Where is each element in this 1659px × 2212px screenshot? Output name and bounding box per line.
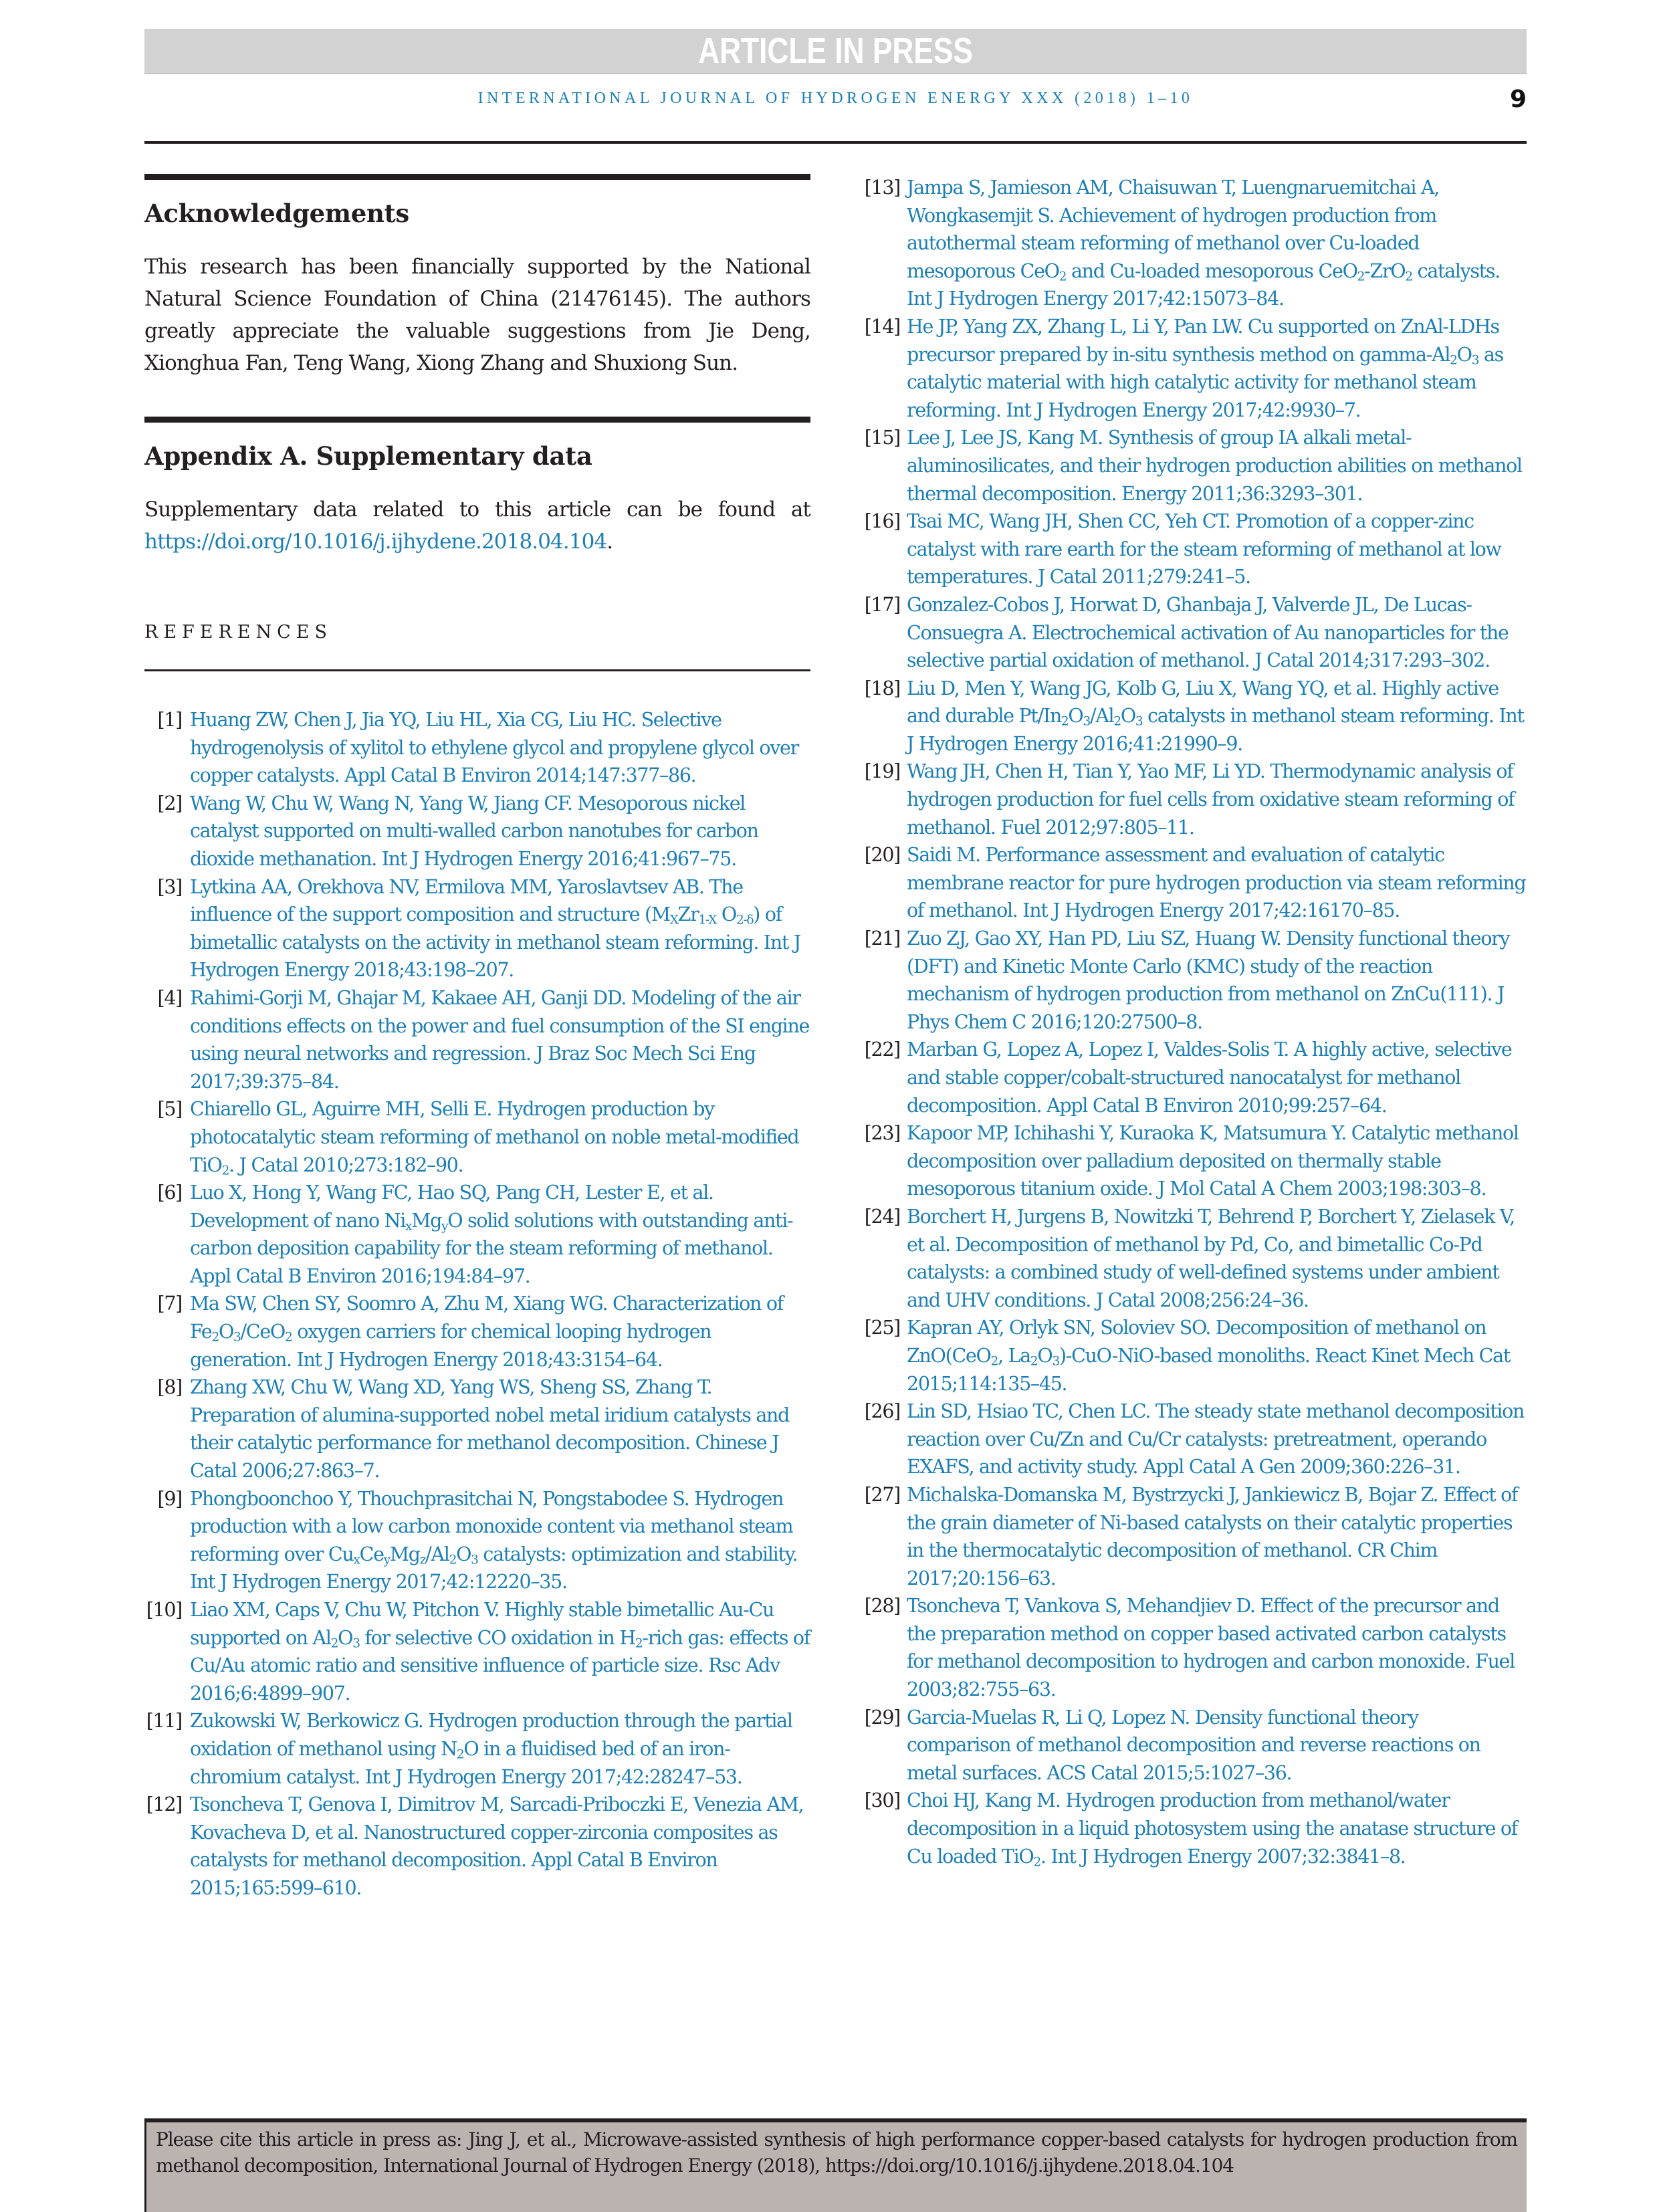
- reference-item[interactable]: [7]Ma SW, Chen SY, Soomro A, Zhu M, Xian…: [144, 1290, 810, 1373]
- reference-item[interactable]: [3]Lytkina AA, Orekhova NV, Ermilova MM,…: [144, 873, 810, 984]
- reference-number: [14]: [863, 313, 907, 424]
- reference-item[interactable]: [13]Jampa S, Jamieson AM, Chaisuwan T, L…: [863, 174, 1527, 313]
- reference-link[interactable]: Gonzalez-Cobos J, Horwat D, Ghanbaja J, …: [907, 591, 1527, 675]
- reference-number: [9]: [144, 1485, 190, 1596]
- reference-item[interactable]: [26]Lin SD, Hsiao TC, Chen LC. The stead…: [863, 1398, 1527, 1481]
- reference-link[interactable]: Wang W, Chu W, Wang N, Yang W, Jiang CF.…: [190, 790, 810, 873]
- reference-link[interactable]: Luo X, Hong Y, Wang FC, Hao SQ, Pang CH,…: [190, 1179, 810, 1290]
- reference-link[interactable]: Garcia-Muelas R, Li Q, Lopez N. Density …: [907, 1704, 1527, 1787]
- reference-link[interactable]: Tsai MC, Wang JH, Shen CC, Yeh CT. Promo…: [907, 508, 1527, 591]
- reference-item[interactable]: [22]Marban G, Lopez A, Lopez I, Valdes-S…: [863, 1036, 1527, 1119]
- reference-number: [8]: [144, 1373, 190, 1484]
- cite-notice-box: Please cite this article in press as: Ji…: [144, 2118, 1527, 2212]
- banner-label: ARTICLE IN PRESS: [698, 30, 973, 72]
- reference-item[interactable]: [2]Wang W, Chu W, Wang N, Yang W, Jiang …: [144, 790, 810, 873]
- reference-link[interactable]: Chiarello GL, Aguirre MH, Selli E. Hydro…: [190, 1095, 810, 1179]
- reference-number: [1]: [144, 706, 190, 790]
- appendix-section: Appendix A. Supplementary data Supplemen…: [144, 417, 810, 558]
- reference-item[interactable]: [4]Rahimi-Gorji M, Ghajar M, Kakaee AH, …: [144, 984, 810, 1095]
- reference-item[interactable]: [6]Luo X, Hong Y, Wang FC, Hao SQ, Pang …: [144, 1179, 810, 1290]
- reference-item[interactable]: [30]Choi HJ, Kang M. Hydrogen production…: [863, 1787, 1527, 1870]
- reference-link[interactable]: Rahimi-Gorji M, Ghajar M, Kakaee AH, Gan…: [190, 984, 810, 1095]
- reference-link[interactable]: Huang ZW, Chen J, Jia YQ, Liu HL, Xia CG…: [190, 706, 810, 790]
- appendix-body: Supplementary data related to this artic…: [144, 493, 810, 558]
- journal-title: international journal of hydrogen energy…: [144, 90, 1527, 108]
- reference-number: [11]: [144, 1707, 190, 1791]
- reference-item[interactable]: [18]Liu D, Men Y, Wang JG, Kolb G, Liu X…: [863, 675, 1527, 758]
- reference-number: [5]: [144, 1095, 190, 1179]
- section-rule: [144, 174, 810, 180]
- reference-number: [30]: [863, 1787, 907, 1870]
- reference-number: [19]: [863, 758, 907, 841]
- reference-link[interactable]: Saidi M. Performance assessment and eval…: [907, 841, 1527, 925]
- reference-item[interactable]: [12]Tsoncheva T, Genova I, Dimitrov M, S…: [144, 1791, 810, 1902]
- reference-link[interactable]: Phongboonchoo Y, Thouchprasitchai N, Pon…: [190, 1485, 810, 1596]
- acknowledgements-section: Acknowledgements This research has been …: [144, 174, 810, 379]
- reference-item[interactable]: [23]Kapoor MP, Ichihashi Y, Kuraoka K, M…: [863, 1119, 1527, 1203]
- reference-link[interactable]: Lee J, Lee JS, Kang M. Synthesis of grou…: [907, 424, 1527, 508]
- reference-link[interactable]: Kapoor MP, Ichihashi Y, Kuraoka K, Matsu…: [907, 1119, 1527, 1203]
- reference-link[interactable]: Ma SW, Chen SY, Soomro A, Zhu M, Xiang W…: [190, 1290, 810, 1373]
- reference-item[interactable]: [25]Kapran AY, Orlyk SN, Soloviev SO. De…: [863, 1314, 1527, 1398]
- acknowledgements-body: This research has been financially suppo…: [144, 251, 810, 379]
- section-rule: [144, 417, 810, 423]
- reference-item[interactable]: [17]Gonzalez-Cobos J, Horwat D, Ghanbaja…: [863, 591, 1527, 675]
- reference-link[interactable]: Zhang XW, Chu W, Wang XD, Yang WS, Sheng…: [190, 1373, 810, 1484]
- reference-number: [15]: [863, 424, 907, 508]
- reference-link[interactable]: He JP, Yang ZX, Zhang L, Li Y, Pan LW. C…: [907, 313, 1527, 424]
- reference-number: [6]: [144, 1179, 190, 1290]
- appendix-heading: Appendix A. Supplementary data: [144, 441, 810, 471]
- reference-number: [24]: [863, 1203, 907, 1314]
- reference-number: [2]: [144, 790, 190, 873]
- reference-item[interactable]: [8]Zhang XW, Chu W, Wang XD, Yang WS, Sh…: [144, 1373, 810, 1484]
- reference-item[interactable]: [9]Phongboonchoo Y, Thouchprasitchai N, …: [144, 1485, 810, 1596]
- reference-number: [18]: [863, 675, 907, 758]
- reference-number: [28]: [863, 1592, 907, 1703]
- references-rule: [144, 669, 810, 671]
- reference-item[interactable]: [21]Zuo ZJ, Gao XY, Han PD, Liu SZ, Huan…: [863, 925, 1527, 1036]
- reference-item[interactable]: [28]Tsoncheva T, Vankova S, Mehandjiev D…: [863, 1592, 1527, 1703]
- reference-item[interactable]: [29]Garcia-Muelas R, Li Q, Lopez N. Dens…: [863, 1704, 1527, 1787]
- reference-number: [21]: [863, 925, 907, 1036]
- reference-number: [16]: [863, 508, 907, 591]
- reference-item[interactable]: [15]Lee J, Lee JS, Kang M. Synthesis of …: [863, 424, 1527, 508]
- reference-link[interactable]: Zuo ZJ, Gao XY, Han PD, Liu SZ, Huang W.…: [907, 925, 1527, 1036]
- reference-link[interactable]: Wang JH, Chen H, Tian Y, Yao MF, Li YD. …: [907, 758, 1527, 841]
- reference-item[interactable]: [24]Borchert H, Jurgens B, Nowitzki T, B…: [863, 1203, 1527, 1314]
- reference-number: [20]: [863, 841, 907, 925]
- reference-list-left: [1]Huang ZW, Chen J, Jia YQ, Liu HL, Xia…: [144, 706, 810, 1902]
- header-rule: [144, 141, 1527, 144]
- reference-number: [10]: [144, 1596, 190, 1707]
- reference-number: [26]: [863, 1398, 907, 1481]
- reference-number: [4]: [144, 984, 190, 1095]
- reference-item[interactable]: [11]Zukowski W, Berkowicz G. Hydrogen pr…: [144, 1707, 810, 1791]
- running-header: international journal of hydrogen energy…: [144, 88, 1527, 115]
- reference-item[interactable]: [14]He JP, Yang ZX, Zhang L, Li Y, Pan L…: [863, 313, 1527, 424]
- reference-link[interactable]: Lin SD, Hsiao TC, Chen LC. The steady st…: [907, 1398, 1527, 1481]
- reference-number: [23]: [863, 1119, 907, 1203]
- appendix-body-text: Supplementary data related to this artic…: [144, 497, 810, 522]
- reference-link[interactable]: Tsoncheva T, Vankova S, Mehandjiev D. Ef…: [907, 1592, 1527, 1703]
- reference-number: [27]: [863, 1481, 907, 1592]
- references-heading: REFERENCES: [144, 622, 810, 643]
- reference-number: [22]: [863, 1036, 907, 1119]
- reference-number: [7]: [144, 1290, 190, 1373]
- reference-link[interactable]: Borchert H, Jurgens B, Nowitzki T, Behre…: [907, 1203, 1527, 1314]
- reference-number: [17]: [863, 591, 907, 675]
- reference-link[interactable]: Tsoncheva T, Genova I, Dimitrov M, Sarca…: [190, 1791, 810, 1902]
- reference-link[interactable]: Kapran AY, Orlyk SN, Soloviev SO. Decomp…: [907, 1314, 1527, 1398]
- reference-link[interactable]: Jampa S, Jamieson AM, Chaisuwan T, Lueng…: [907, 174, 1527, 313]
- reference-number: [3]: [144, 873, 190, 984]
- reference-link[interactable]: Michalska-Domanska M, Bystrzycki J, Jank…: [907, 1481, 1527, 1592]
- right-column: [13]Jampa S, Jamieson AM, Chaisuwan T, L…: [863, 174, 1527, 1870]
- reference-item[interactable]: [5]Chiarello GL, Aguirre MH, Selli E. Hy…: [144, 1095, 810, 1179]
- reference-link[interactable]: Marban G, Lopez A, Lopez I, Valdes-Solis…: [907, 1036, 1527, 1119]
- reference-item[interactable]: [10]Liao XM, Caps V, Chu W, Pitchon V. H…: [144, 1596, 810, 1707]
- reference-item[interactable]: [1]Huang ZW, Chen J, Jia YQ, Liu HL, Xia…: [144, 706, 810, 790]
- reference-link[interactable]: Liao XM, Caps V, Chu W, Pitchon V. Highl…: [190, 1596, 810, 1707]
- reference-item[interactable]: [19]Wang JH, Chen H, Tian Y, Yao MF, Li …: [863, 758, 1527, 841]
- acknowledgements-heading: Acknowledgements: [144, 199, 810, 228]
- reference-number: [25]: [863, 1314, 907, 1398]
- reference-number: [29]: [863, 1704, 907, 1787]
- reference-link[interactable]: Choi HJ, Kang M. Hydrogen production fro…: [907, 1787, 1527, 1870]
- reference-link[interactable]: Lytkina AA, Orekhova NV, Ermilova MM, Ya…: [190, 873, 810, 984]
- reference-item[interactable]: [16]Tsai MC, Wang JH, Shen CC, Yeh CT. P…: [863, 508, 1527, 591]
- cite-notice-text: Please cite this article in press as: Ji…: [156, 2126, 1517, 2179]
- left-column: Acknowledgements This research has been …: [144, 174, 810, 1902]
- reference-item[interactable]: [20]Saidi M. Performance assessment and …: [863, 841, 1527, 925]
- reference-number: [13]: [863, 174, 907, 313]
- reference-item[interactable]: [27]Michalska-Domanska M, Bystrzycki J, …: [863, 1481, 1527, 1592]
- reference-list-right: [13]Jampa S, Jamieson AM, Chaisuwan T, L…: [863, 174, 1527, 1870]
- appendix-body-suffix: .: [606, 530, 613, 554]
- supplementary-doi-link[interactable]: https://doi.org/10.1016/j.ijhydene.2018.…: [144, 530, 606, 554]
- article-in-press-banner: ARTICLE IN PRESS: [144, 29, 1527, 74]
- reference-number: [12]: [144, 1791, 190, 1902]
- page-number: 9: [1510, 86, 1527, 113]
- reference-link[interactable]: Liu D, Men Y, Wang JG, Kolb G, Liu X, Wa…: [907, 675, 1527, 758]
- reference-link[interactable]: Zukowski W, Berkowicz G. Hydrogen produc…: [190, 1707, 810, 1791]
